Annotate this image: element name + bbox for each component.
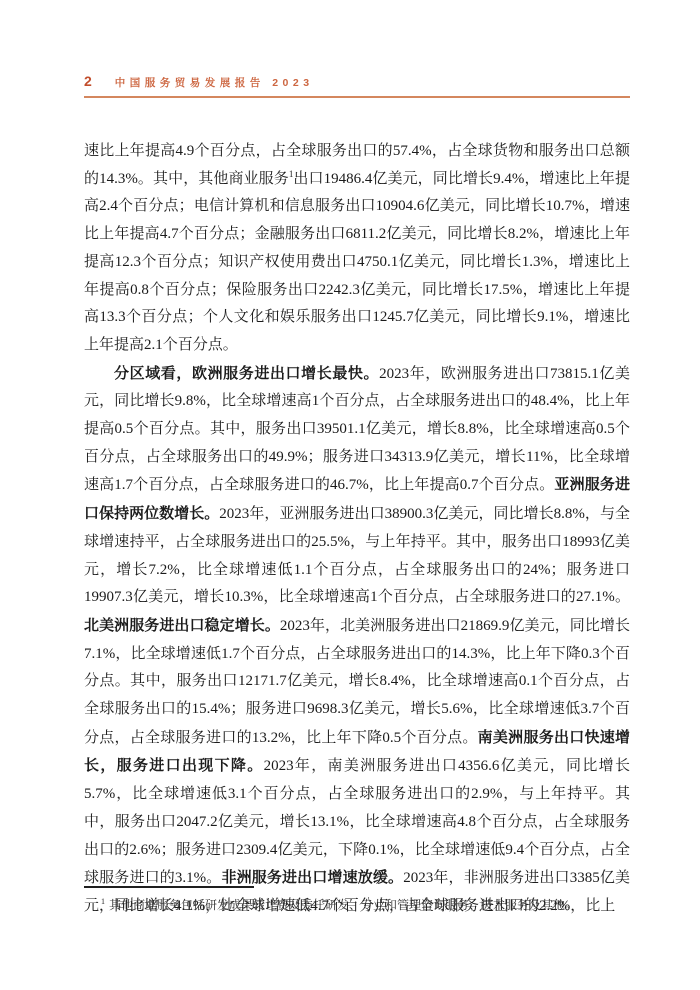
footnote: 1其他商业服务包括研发成果转让费及委托研发、专业和管理咨询服务、技术服务及其他。 xyxy=(84,886,630,914)
page-header: 2 中国服务贸易发展报告 2023 xyxy=(84,74,630,98)
document-page: 2 中国服务贸易发展报告 2023 速比上年提高4.9个百分点，占全球服务出口的… xyxy=(0,0,700,990)
footnote-marker: 1 xyxy=(101,897,105,906)
paragraph-2: 分区域看，欧洲服务进出口增长最快。2023年，欧洲服务进出口73815.1亿美元… xyxy=(84,360,630,921)
text-run: 2023年，欧洲服务进出口73815.1亿美元，同比增长9.8%，比全球增速高1… xyxy=(84,366,630,494)
bold-run-north-america: 北美洲服务进出口稳定增长。 xyxy=(84,617,280,634)
bold-run-europe: 分区域看，欧洲服务进出口增长最快。 xyxy=(114,365,379,382)
footnote-divider xyxy=(84,886,254,888)
page-header-row: 2 中国服务贸易发展报告 2023 xyxy=(84,74,630,98)
paragraph-1: 速比上年提高4.9个百分点，占全球服务出口的57.4%，占全球货物和服务出口总额… xyxy=(84,138,630,360)
text-run: 2023年，南美洲服务进出口4356.6亿美元，同比增长5.7%，比全球增速低3… xyxy=(84,758,630,886)
footnote-text: 1其他商业服务包括研发成果转让费及委托研发、专业和管理咨询服务、技术服务及其他。 xyxy=(84,897,630,914)
bold-run-africa: 非洲服务进出口增速放缓。 xyxy=(221,869,403,886)
text-run: 2023年，北美洲服务进出口21869.9亿美元，同比增长7.1%，比全球增速低… xyxy=(84,618,630,746)
running-header-title: 中国服务贸易发展报告 2023 xyxy=(115,78,314,89)
text-run: 出口19486.4亿美元，同比增长9.4%，增速比上年提高2.4个百分点；电信计… xyxy=(84,171,630,353)
page-number: 2 xyxy=(84,74,92,88)
footnote-body: 其他商业服务包括研发成果转让费及委托研发、专业和管理咨询服务、技术服务及其他。 xyxy=(109,898,577,912)
body-text: 速比上年提高4.9个百分点，占全球服务出口的57.4%，占全球货物和服务出口总额… xyxy=(84,138,630,921)
